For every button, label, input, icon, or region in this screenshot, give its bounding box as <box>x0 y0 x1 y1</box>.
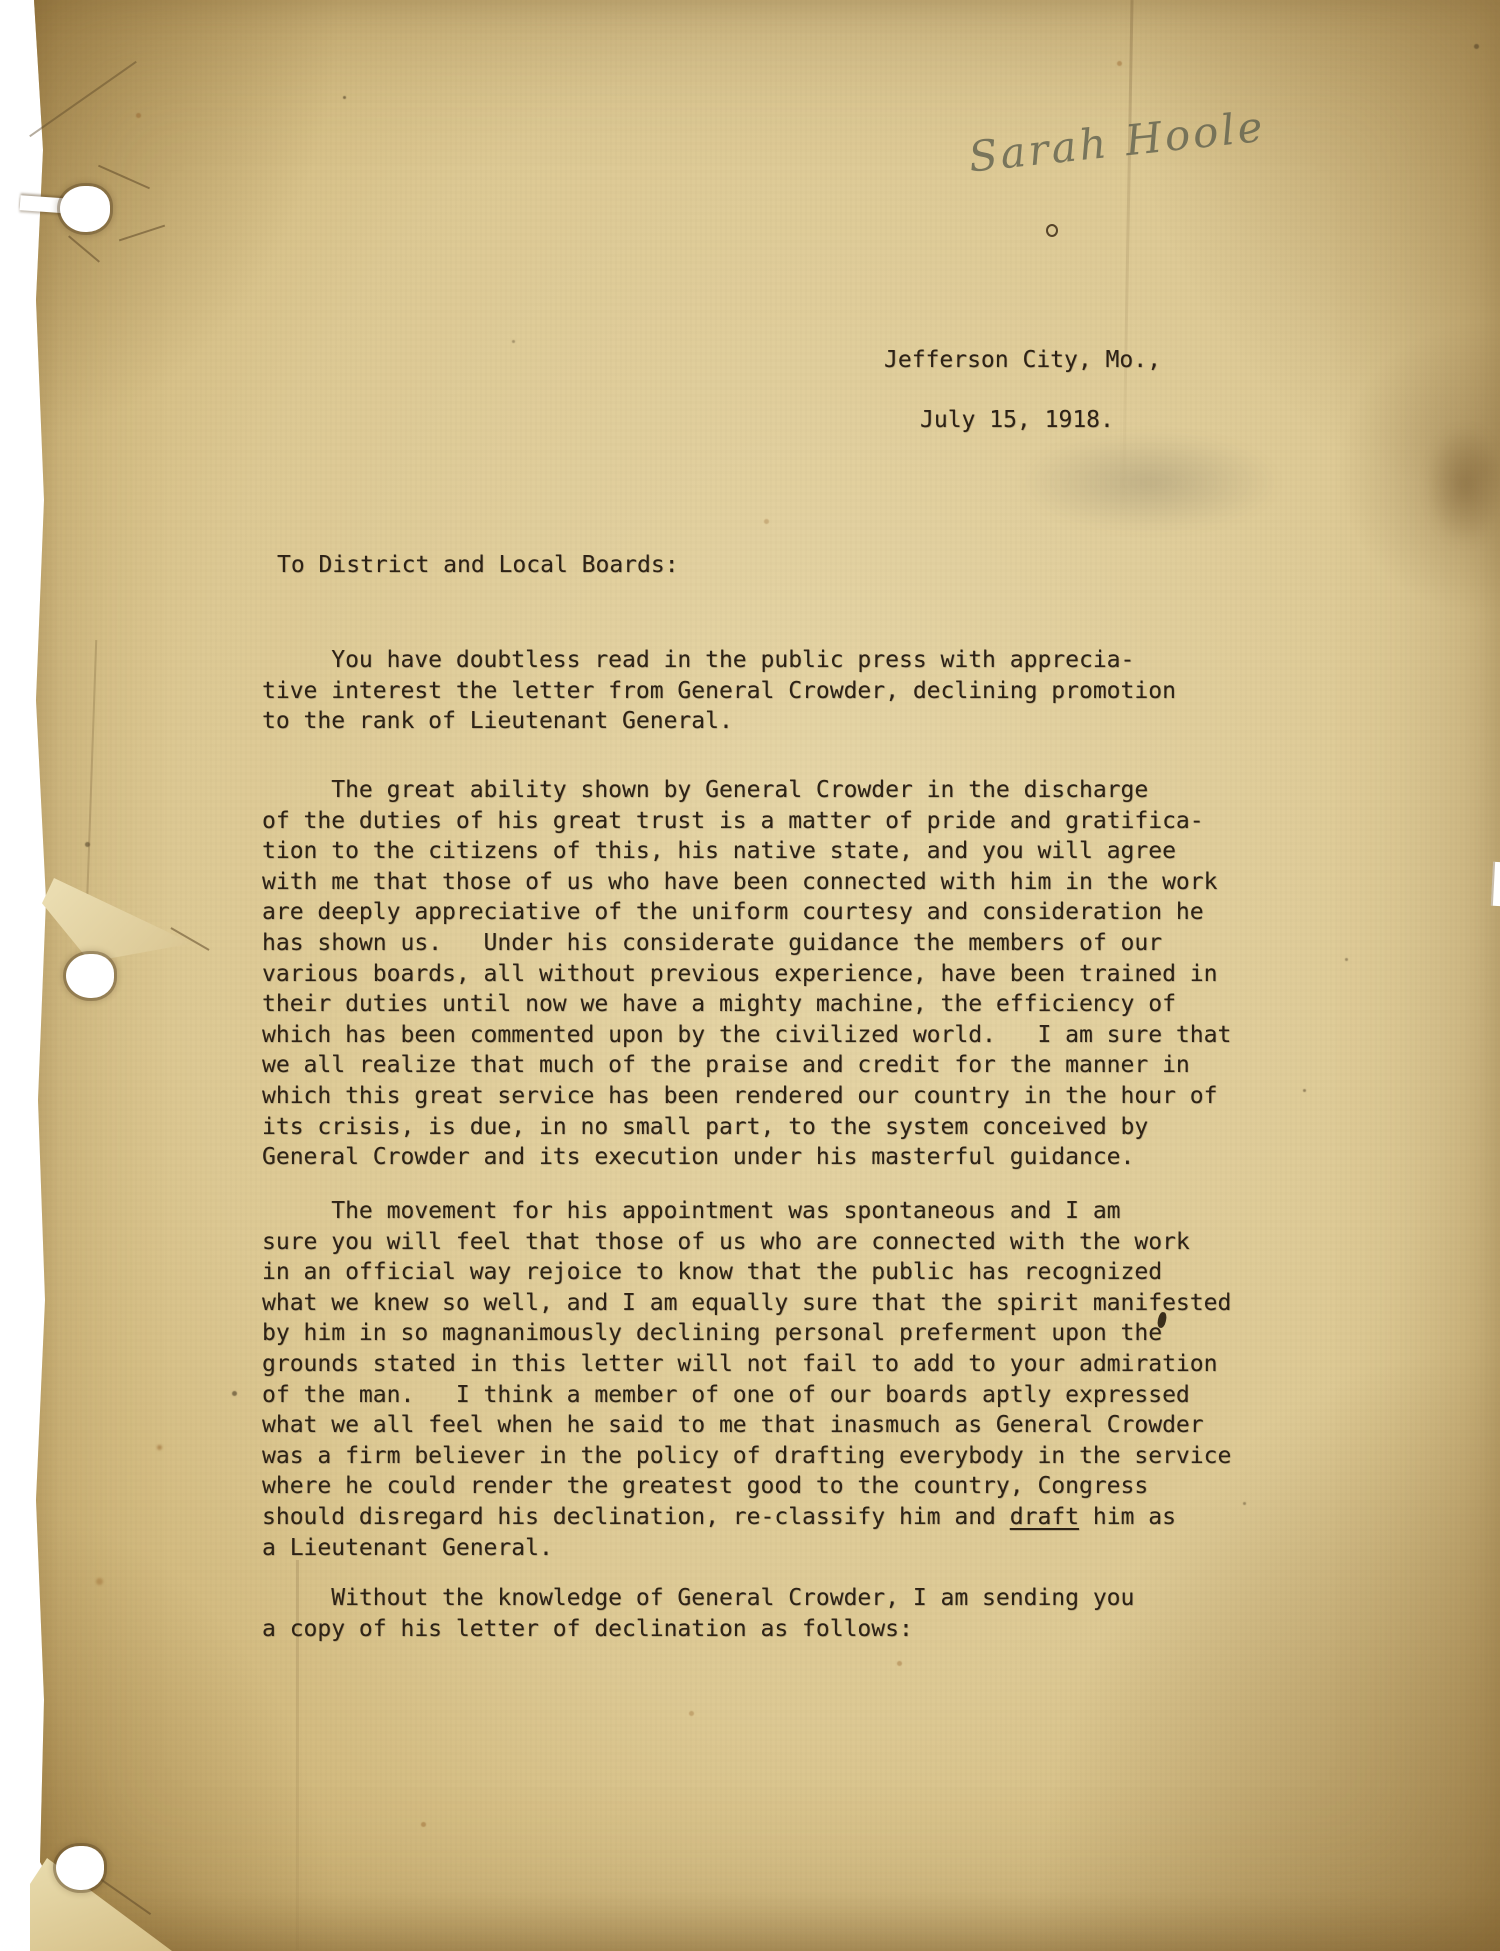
scanned-letter-page: Sarah Hoole Jefferson City, Mo., July 15… <box>0 0 1500 1951</box>
letter-line: should disregard his declination, re-cla… <box>262 1502 1231 1533</box>
letter-line: tion to the citizens of this, his native… <box>262 836 1231 867</box>
letter-line: Without the knowledge of General Crowder… <box>262 1583 1134 1614</box>
letter-line: in an official way rejoice to know that … <box>262 1257 1231 1288</box>
letter-line: The great ability shown by General Crowd… <box>262 775 1231 806</box>
punch-hole-middle <box>66 954 114 998</box>
letter-line: a copy of his letter of declination as f… <box>262 1614 1134 1645</box>
letter-line: various boards, all without previous exp… <box>262 959 1231 990</box>
letter-line: of the man. I think a member of one of o… <box>262 1380 1231 1411</box>
small-ring-mark <box>1046 224 1058 237</box>
letter-line: You have doubtless read in the public pr… <box>262 645 1176 676</box>
letter-line: what we all feel when he said to me that… <box>262 1410 1231 1441</box>
letter-line: of the duties of his great trust is a ma… <box>262 806 1231 837</box>
paragraph: The movement for his appointment was spo… <box>262 1196 1231 1563</box>
letter-line: sure you will feel that those of us who … <box>262 1227 1231 1258</box>
punch-hole-bottom <box>56 1846 104 1890</box>
letter-line: which this great service has been render… <box>262 1081 1231 1112</box>
letter-line: we all realize that much of the praise a… <box>262 1050 1231 1081</box>
letter-line: was a firm believer in the policy of dra… <box>262 1441 1231 1472</box>
letter-line: has shown us. Under his considerate guid… <box>262 928 1231 959</box>
letter-line: with me that those of us who have been c… <box>262 867 1231 898</box>
letter-line: are deeply appreciative of the uniform c… <box>262 897 1231 928</box>
foxing-spots <box>0 0 3 3</box>
letter-line: grounds stated in this letter will not f… <box>262 1349 1231 1380</box>
letter-line: which has been commented upon by the civ… <box>262 1020 1231 1051</box>
letter-line: where he could render the greatest good … <box>262 1471 1231 1502</box>
salutation: To District and Local Boards: <box>277 550 679 581</box>
letter-line: General Crowder and its execution under … <box>262 1142 1231 1173</box>
letter-line: a Lieutenant General. <box>262 1533 1231 1564</box>
letter-line: their duties until now we have a mighty … <box>262 989 1231 1020</box>
right-edge-tear <box>1491 862 1500 907</box>
letter-line: by him in so magnanimously declining per… <box>262 1318 1231 1349</box>
letter-line: to the rank of Lieutenant General. <box>262 706 1176 737</box>
paragraph: Without the knowledge of General Crowder… <box>262 1583 1134 1644</box>
dateline-place: Jefferson City, Mo., <box>884 345 1161 376</box>
dateline-date: July 15, 1918. <box>920 405 1114 436</box>
right-edge-stain <box>1425 425 1500 545</box>
letter-line: The movement for his appointment was spo… <box>262 1196 1231 1227</box>
letter-line: tive interest the letter from General Cr… <box>262 676 1176 707</box>
letter-line: what we knew so well, and I am equally s… <box>262 1288 1231 1319</box>
gray-smudge-stain <box>1020 432 1280 532</box>
paragraph: The great ability shown by General Crowd… <box>262 775 1231 1173</box>
letter-line: its crisis, is due, in no small part, to… <box>262 1112 1231 1143</box>
punch-hole-top <box>60 186 110 232</box>
paragraph: You have doubtless read in the public pr… <box>262 645 1176 737</box>
